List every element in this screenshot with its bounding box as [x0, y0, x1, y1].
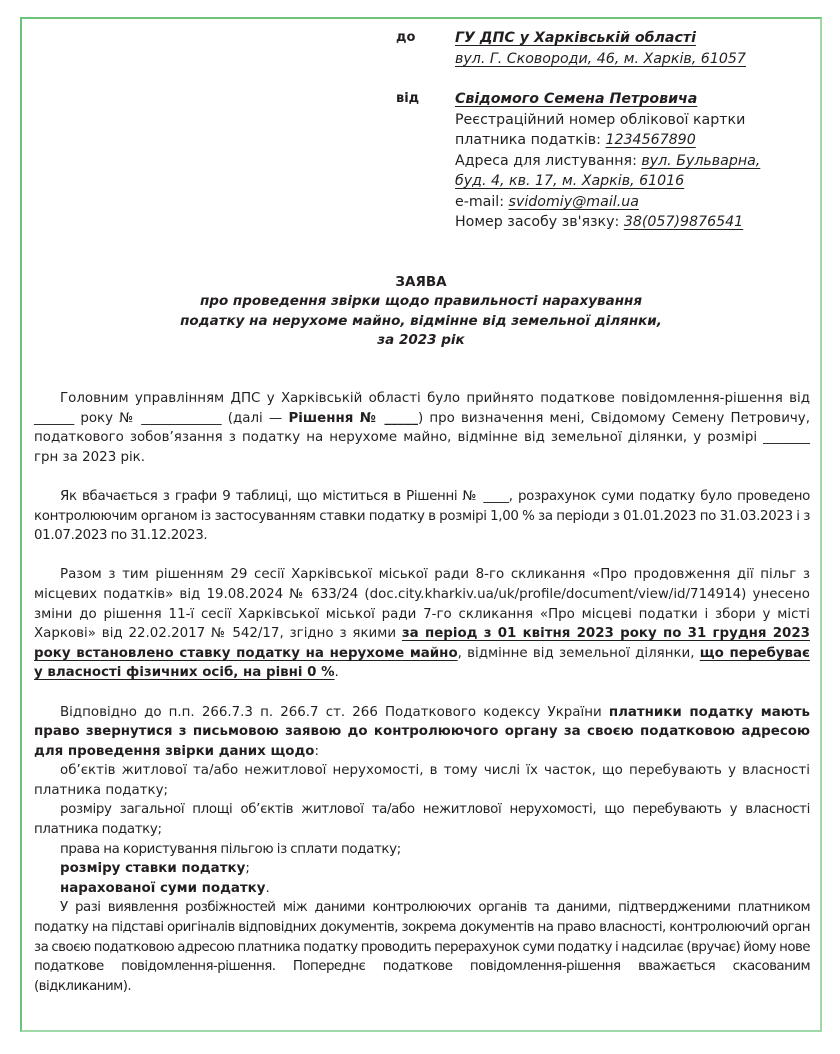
- list-item-text: об’єктів житлової та/або нежитлової неру…: [34, 763, 810, 798]
- email-line: e-mail: svidomiy@mail.ua: [455, 192, 785, 213]
- to-label: до: [396, 28, 415, 49]
- list-item: нарахованої суми податку.: [34, 879, 810, 899]
- list-item-bold: нарахованої суми податку: [60, 881, 266, 896]
- title-line-2: податку на нерухоме майно, відмінне від …: [20, 312, 822, 332]
- p3-text-2: , відмінне від земельної ділянки,: [458, 646, 700, 661]
- paragraph-5: У разі виявлення розбіжностей між даними…: [34, 898, 810, 996]
- phone-line: Номер засобу зв'язку: 38(057)9876541: [455, 212, 785, 233]
- reg-number-label-2: платника податків:: [455, 132, 605, 148]
- p5-text-1: У разі виявлення розбіжностей між даними…: [34, 900, 810, 993]
- title-main: ЗАЯВА: [20, 272, 822, 292]
- phone: 38(057)9876541: [624, 214, 743, 230]
- list-item-text: права на користування пільгою із сплати …: [60, 842, 401, 857]
- p4-text-1: Відповідно до п.п. 266.7.3 п. 266.7 ст. …: [60, 705, 609, 720]
- document-title: ЗАЯВА про проведення звірки щодо правиль…: [20, 272, 822, 351]
- from-label: від: [396, 89, 419, 110]
- paragraph-3: Разом з тим рішенням 29 сесії Харківсько…: [34, 565, 810, 683]
- list-item: об’єктів житлової та/або нежитлової неру…: [34, 761, 810, 800]
- mail-address-2: буд. 4, кв. 17, м. Харків, 61016: [455, 171, 785, 192]
- title-line-3: за 2023 рік: [20, 331, 822, 351]
- list-item: права на користування пільгою із сплати …: [34, 840, 810, 860]
- list-item-text: розміру загальної площі об’єктів житлово…: [34, 802, 810, 837]
- title-line-1: про проведення звірки щодо правильності …: [20, 292, 822, 312]
- p1-bold-1: Рішення № _____: [288, 411, 417, 426]
- paragraph-4: Відповідно до п.п. 266.7.3 п. 266.7 ст. …: [34, 703, 810, 762]
- list-item-bold: розміру ставки податку: [60, 861, 245, 876]
- mail-address-line: Адреса для листування: вул. Бульварна,: [455, 151, 785, 172]
- reg-number-label: Реєстраційний номер облікової картки: [455, 110, 785, 131]
- phone-label: Номер засобу зв'язку:: [455, 214, 624, 230]
- email: svidomiy@mail.ua: [509, 194, 639, 210]
- reg-number-line: платника податків: 1234567890: [455, 130, 785, 151]
- email-label: e-mail:: [455, 194, 509, 210]
- mail-address-1: вул. Бульварна,: [641, 153, 760, 169]
- document-body: Головним управлінням ДПС у Харківській о…: [34, 389, 810, 996]
- paragraph-2: Як вбачається з графи 9 таблиці, що міст…: [34, 487, 810, 546]
- recipient-address: вул. Г. Сковороди, 46, м. Харків, 61057: [455, 49, 785, 70]
- p2-text-1: Як вбачається з графи 9 таблиці, що міст…: [34, 489, 810, 543]
- reg-number: 1234567890: [605, 132, 695, 148]
- recipient-name: ГУ ДПС у Харківській області: [455, 28, 785, 49]
- sender-name: Свідомого Семена Петровича: [455, 89, 785, 110]
- mail-address-label: Адреса для листування:: [455, 153, 641, 169]
- paragraph-1: Головним управлінням ДПС у Харківській о…: [34, 389, 810, 467]
- list-item: розміру загальної площі об’єктів житлово…: [34, 800, 810, 839]
- list-item-suffix: .: [266, 881, 270, 896]
- p3-text-3: .: [335, 665, 339, 680]
- list-item-suffix: ;: [245, 861, 250, 876]
- p4-text-2: :: [315, 744, 320, 759]
- list-item: розміру ставки податку;: [34, 859, 810, 879]
